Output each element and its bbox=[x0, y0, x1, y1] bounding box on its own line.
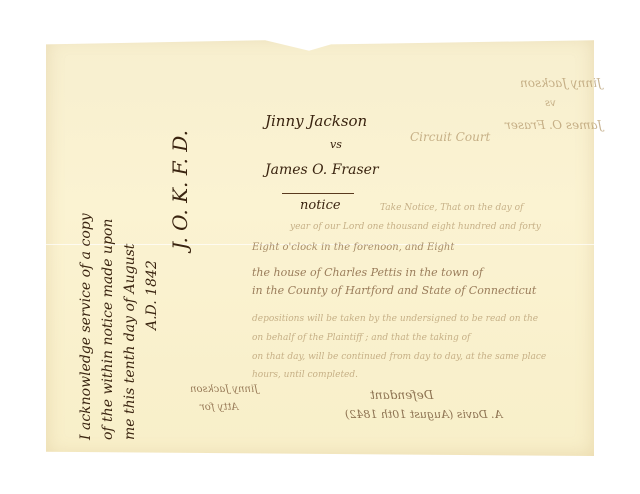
endorsement-signature: J. O. K. F. D. bbox=[168, 130, 192, 250]
bleed-header: Circuit Court bbox=[410, 130, 490, 144]
bleed-caption-1: Jinny Jackson bbox=[520, 76, 602, 90]
bleed-signoff-1: Defendant bbox=[370, 388, 433, 402]
caption-plaintiff: Jinny Jackson bbox=[265, 112, 367, 130]
bleed-line-4: in the County of Hartford and State of C… bbox=[252, 284, 536, 297]
bleed-caption-3: James O. Fraser bbox=[505, 118, 602, 132]
caption-rule bbox=[282, 193, 354, 194]
bleed-line-3: the house of Charles Pettis in the town … bbox=[252, 266, 483, 279]
bleed-line-7: on that day, will be continued from day … bbox=[252, 352, 546, 362]
caption-defendant: James O. Fraser bbox=[265, 162, 379, 178]
bleed-line-8: hours, until completed. bbox=[252, 370, 358, 380]
caption-versus: vs bbox=[330, 138, 342, 151]
endorsement-line-3: me this tenth day of August bbox=[122, 244, 138, 440]
bleed-left-signoff-2: Atty for bbox=[200, 402, 238, 413]
bleed-line-0: Take Notice, That on the day of bbox=[380, 203, 523, 213]
endorsement-line-1: I acknowledge service of a copy bbox=[78, 213, 94, 440]
endorsement-line-4: A.D. 1842 bbox=[144, 260, 160, 330]
bleed-caption-2: vs bbox=[545, 98, 556, 109]
endorsement-line-2: of the within notice made upon bbox=[100, 219, 116, 440]
bleed-line-2: Eight o'clock in the forenoon, and Eight bbox=[252, 242, 454, 253]
bleed-signoff-2: A. Davis (August 10th 1842) bbox=[345, 408, 502, 421]
bleed-line-6: on behalf of the Plaintiff ; and that th… bbox=[252, 333, 470, 343]
bleed-line-5: depositions will be taken by the undersi… bbox=[252, 314, 538, 324]
bleed-left-signoff-1: Jinny Jackson bbox=[190, 384, 258, 395]
bleed-line-1: year of our Lord one thousand eight hund… bbox=[290, 222, 541, 232]
caption-title: notice bbox=[300, 198, 341, 213]
